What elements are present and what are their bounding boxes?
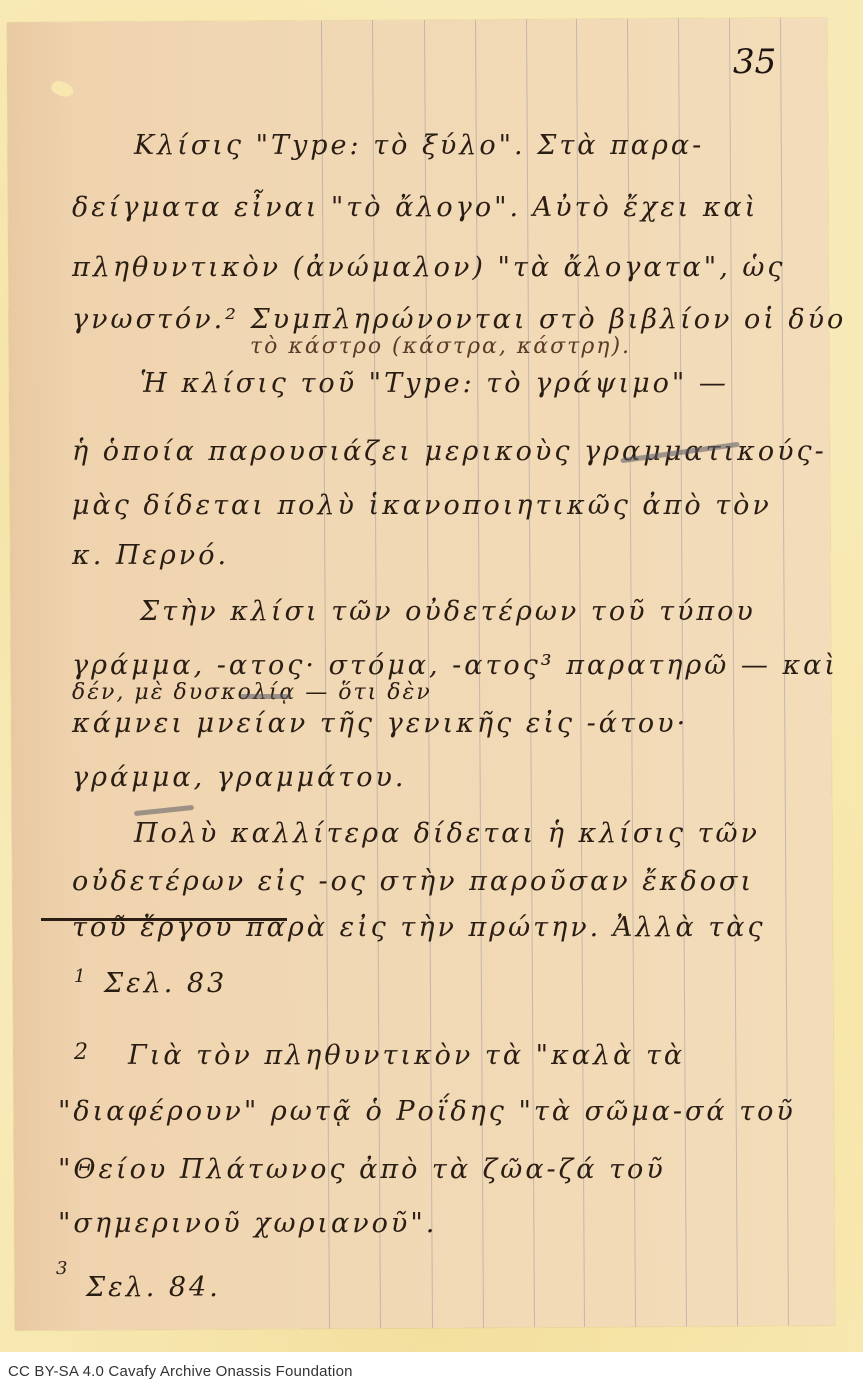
text-line: πληθυντικὸν (ἀνώμαλον) "τὰ ἄλογατα", ὡς — [72, 252, 786, 283]
footnote-mark: 2 — [74, 1040, 90, 1065]
text-line-insertion: δέν, μὲ δυσκολίᾳ — ὅτι δὲν — [72, 680, 432, 705]
text-line: οὐδετέρων εἰς -ος στὴν παροῦσαν ἔκδοσι — [72, 866, 754, 897]
footnote-text: "Θείου Πλάτωνος ἀπὸ τὰ ζῶα-ζά τοῦ — [58, 1154, 666, 1185]
text-line: γνωστόν.² Συμπληρώνονται στὸ βιβλίον οἱ … — [72, 304, 846, 335]
footnote-divider — [41, 918, 287, 921]
license-credit: CC BY-SA 4.0 Cavafy Archive Onassis Foun… — [8, 1363, 353, 1380]
text-line: γράμμα, γραμμάτου. — [72, 762, 407, 793]
text-line: Ἡ κλίσις τοῦ "Type: τὸ γράψιμο" — — [140, 368, 729, 399]
paper-tear — [49, 78, 75, 101]
page-number: 35 — [733, 42, 776, 82]
text-line: Κλίσις "Type: τὸ ξύλο". Στὰ παρα- — [134, 130, 704, 161]
footnote-text: Γιὰ τὸν πληθυντικὸν τὰ "καλὰ τὰ — [128, 1040, 685, 1071]
text-line: ἡ ὁποία παρουσιάζει μερικοὺς γραμματικού… — [72, 436, 827, 467]
text-line: Στὴν κλίσι τῶν οὐδετέρων τοῦ τύπου — [140, 596, 756, 627]
text-line: μὰς δίδεται πολὺ ἱκανοποιητικῶς ἀπὸ τὸν — [72, 490, 772, 521]
footnote-mark: 3 — [56, 1258, 68, 1279]
footnote-mark: 1 — [74, 966, 86, 987]
footnote-text: "διαφέρουν" ρωτᾷ ὁ Ροΐδης "τὰ σῶμα-σά το… — [58, 1096, 796, 1127]
text-line: Πολὺ καλλίτερα δίδεται ἡ κλίσις τῶν — [134, 818, 760, 849]
footnote-text: Σελ. 83 — [104, 968, 227, 999]
text-line: γράμμα, -ατος· στόμα, -ατος³ παρατηρῶ — … — [72, 650, 838, 681]
pencil-strikethrough — [240, 694, 290, 699]
footnote-text: Σελ. 84. — [86, 1272, 221, 1303]
text-line: κ. Περνό. — [72, 540, 229, 571]
text-line-insertion: τὸ κάστρο (κάστρα, κάστρη). — [250, 334, 631, 359]
footnote-text: "σημερινοῦ χωριανοῦ". — [58, 1208, 437, 1239]
text-line: τοῦ ἔργου παρὰ εἰς τὴν πρώτην. Ἀλλὰ τὰς — [72, 912, 766, 943]
text-line: δείγματα εἶναι "τὸ ἄλογο". Αὐτὸ ἔχει καὶ — [72, 192, 758, 223]
text-line: κάμνει μνείαν τῆς γενικῆς εἰς -άτου· — [72, 708, 688, 739]
